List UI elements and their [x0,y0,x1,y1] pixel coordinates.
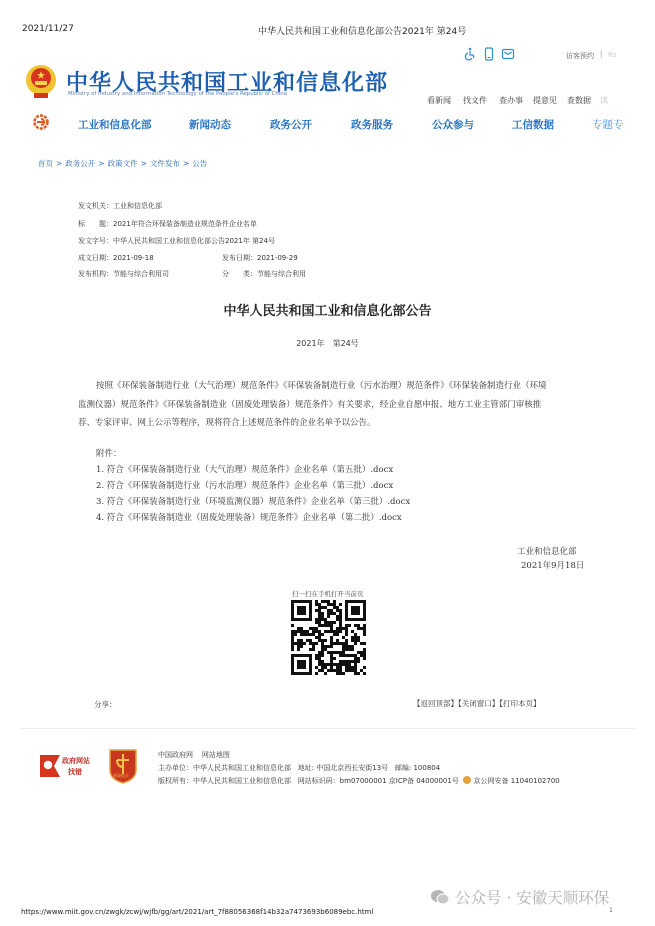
gov-site-error-report-badge[interactable]: 政府网站 找错 [38,751,98,781]
wechat-icon [430,889,450,909]
quick-link-services[interactable]: 查办事 [499,95,523,106]
breadcrumb-file-release[interactable]: 文件发布 [150,159,180,168]
qr-code-icon [291,600,366,675]
meta-written-date: 成文日期：2021-09-18 [78,253,154,263]
meta-issuer: 发文机关：工业和信息化部 [78,201,162,211]
nav-home[interactable]: 工业和信息化部 [78,117,152,132]
meta-doc-number: 发文字号：中华人民共和国工业和信息化部公告2021年 第24号 [78,236,275,246]
nav-government-services[interactable]: 政务服务 [351,117,393,132]
qr-label: 扫一扫在手机打开当前页 [292,589,364,598]
print-url: https://www.miit.gov.cn/zwgk/zcwj/wjfb/g… [21,908,373,916]
nav-government-affairs[interactable]: 政务公开 [270,117,312,132]
meta-subject-label: 标 题： [78,220,113,228]
party-badge-label: 党政机关 [113,773,129,779]
meta-category: 分 类：节能与综合利用 [222,269,306,279]
meta-doc-number-value: 中华人民共和国工业和信息化部公告2021年 第24号 [113,237,275,245]
gov-badge-line1: 政府网站 [62,756,90,766]
mail-icon[interactable] [501,47,515,61]
police-badge-icon [463,776,471,784]
nav-public-participation[interactable]: 公众参与 [432,117,474,132]
print-date: 2021/11/27 [22,24,74,34]
meta-written-value: 2021-09-18 [113,254,154,262]
national-emblem-icon [25,64,57,100]
breadcrumb-separator: > [183,159,189,168]
meta-agency-value: 节能与综合利用司 [113,270,169,278]
quick-link-news[interactable]: 看新闻 [427,95,451,106]
breadcrumb-separator: > [98,159,104,168]
footer-sponsor: 主办单位：中华人民共和国工业和信息化部 [158,764,291,772]
document-number: 2021年 第24号 [0,338,655,349]
meta-agency-label: 发布机构： [78,270,113,278]
watermark: 公众号 · 安徽天顺环保 [430,886,609,909]
document-title: 中华人民共和国工业和信息化部公告 [0,300,655,319]
party-government-badge[interactable]: 党政机关 [108,748,138,784]
quick-link-data[interactable]: 查数据 [567,95,591,106]
footer-address: 地址: 中国北京西长安街13号 [298,764,389,772]
breadcrumb-separator: > [56,159,62,168]
watermark-text: 公众号 · 安徽天顺环保 [455,889,609,907]
language-link[interactable]: Rs [608,51,617,59]
gov-badge-line2: 找错 [68,767,82,777]
breadcrumb-announcement[interactable]: 公告 [192,159,207,168]
close-window-link[interactable]: 【关闭窗口】 [458,699,499,708]
meta-subject: 标 题：2021年符合环保装备制造业规范条件企业名单 [78,219,257,229]
breadcrumb-home[interactable]: 首页 [38,159,53,168]
print-title: 中华人民共和国工业和信息化部公告2021年 第24号 [258,24,466,37]
back-to-top-link[interactable]: 【返回顶部】 [413,699,458,708]
meta-subject-value: 2021年符合环保装备制造业规范条件企业名单 [113,220,257,228]
footer-link-gov[interactable]: 中国政府网 [158,751,193,759]
visitor-appointment-link[interactable]: 访客预约 [566,51,594,61]
breadcrumb-policy-files[interactable]: 政策文件 [108,159,138,168]
mobile-icon[interactable] [482,47,496,61]
attachment-link[interactable]: 4. 符合《环保装备制造业（固废处理装备）规范条件》企业名单（第二批）.docx [96,511,402,523]
page-actions: 【返回顶部】【关闭窗口】【打印本页】 [413,698,541,709]
breadcrumb: 首页>政务公开>政策文件>文件发布>公告 [38,158,207,169]
attachments-label: 附件： [96,447,122,459]
paragraph-line: 按照《环保装备制造行业（大气治理）规范条件》《环保装备制造行业（污水治理）规范条… [96,379,547,391]
miit-logo-icon[interactable] [33,114,49,130]
footer-divider [20,728,635,729]
meta-published-value: 2021-09-29 [257,254,298,262]
attachment-link[interactable]: 3. 符合《环保装备制造行业（环境监测仪器）规范条件》企业名单（第三批）.doc… [96,495,410,507]
paragraph-line: 监测仪器）规范条件》《环保装备制造业（固废处理装备）规范条件》有关要求，经企业自… [78,398,541,410]
footer-site-id: 网站标识码：bm07000001 京ICP备 04000001号 [298,777,459,785]
accessibility-icon[interactable] [463,47,477,61]
footer-links: 中国政府网 网站地图 [158,750,230,760]
print-page-link[interactable]: 【打印本页】 [499,699,540,708]
breadcrumb-separator: > [141,159,147,168]
footer-police-record[interactable]: 京公网安备 11040102700 [474,777,560,785]
meta-published-date: 发布日期：2021-09-29 [222,253,298,263]
site-subtitle: Ministry of Industry and Information Tec… [68,91,287,97]
meta-issuer-label: 发文机关： [78,202,113,210]
meta-category-label: 分 类： [222,270,257,278]
quick-link-more[interactable]: 读 [600,95,608,106]
meta-published-label: 发布日期： [222,254,257,262]
quick-link-feedback[interactable]: 提意见 [533,95,557,106]
nav-data[interactable]: 工信数据 [512,117,554,132]
meta-written-label: 成文日期： [78,254,113,262]
quick-link-files[interactable]: 找文件 [463,95,487,106]
meta-issuer-value: 工业和信息化部 [113,202,162,210]
nav-news[interactable]: 新闻动态 [189,117,231,132]
separator: | [600,50,602,58]
meta-agency: 发布机构：节能与综合利用司 [78,269,169,279]
footer-copyright-line: 版权所有：中华人民共和国工业和信息化部 网站标识码：bm07000001 京IC… [158,776,560,786]
meta-category-value: 节能与综合利用 [257,270,306,278]
nav-topics[interactable]: 专题专 [592,117,624,132]
page-number: 1 [609,907,613,914]
footer-copyright: 版权所有：中华人民共和国工业和信息化部 [158,777,291,785]
share-label: 分享： [94,699,117,710]
signer: 工业和信息化部 [517,545,577,557]
footer-sponsor-line: 主办单位：中华人民共和国工业和信息化部 地址: 中国北京西长安街13号 邮编: … [158,763,440,773]
attachment-link[interactable]: 1. 符合《环保装备制造行业（大气治理）规范条件》企业名单（第五批）.docx [96,463,393,475]
meta-doc-number-label: 发文字号： [78,237,113,245]
footer-link-sitemap[interactable]: 网站地图 [202,751,230,759]
attachment-link[interactable]: 2. 符合《环保装备制造行业（污水治理）规范条件》企业名单（第三批）.docx [96,479,393,491]
footer-postcode: 邮编: 100804 [395,764,440,772]
sign-date: 2021年9月18日 [521,559,584,571]
breadcrumb-government-affairs[interactable]: 政务公开 [65,159,95,168]
paragraph-line: 荐、专家评审、网上公示等程序，现将符合上述规范条件的企业名单予以公告。 [78,416,376,428]
